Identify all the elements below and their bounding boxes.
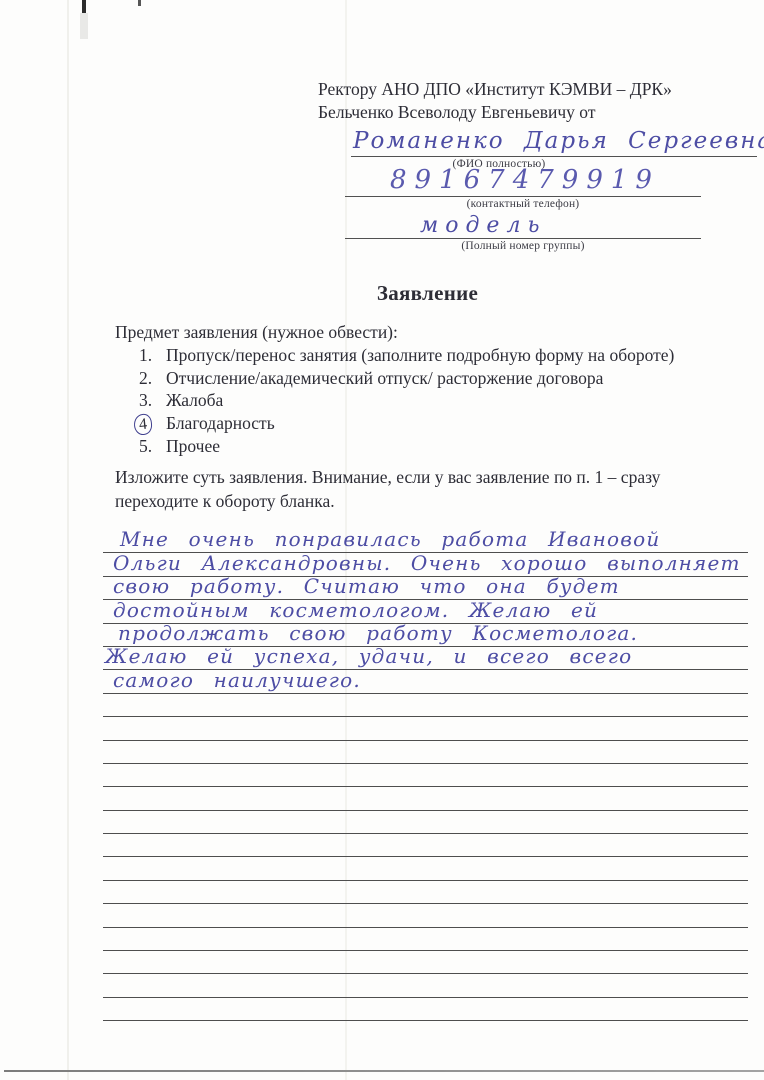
subject-item-1: 1. Пропуск/перенос занятия (заполните по… — [139, 345, 674, 368]
subject-item-5: 5. Прочее — [139, 436, 674, 459]
statement-line-empty — [103, 717, 748, 740]
item-number: 2. — [139, 368, 166, 389]
statement-line-empty — [103, 834, 748, 857]
pen-circle-mark: 4 — [133, 413, 153, 436]
item-label: Благодарность — [166, 413, 275, 434]
scan-artifact — [138, 0, 141, 6]
statement-handwriting: свою работу. Считаю что она будет — [113, 574, 620, 598]
statement-line-empty — [103, 974, 748, 997]
scan-edge-shadow — [67, 0, 69, 1080]
group-field-label: (Полный номер группы) — [345, 240, 701, 252]
statement-handwriting: Желаю ей успеха, удачи, и всего всего — [105, 644, 632, 668]
statement-handwriting: Мне очень понравилась работа Ивановой — [120, 527, 660, 551]
statement-line-empty — [103, 904, 748, 927]
statement-handwriting: Ольги Александровны. Очень хорошо выполн… — [113, 551, 741, 575]
subject-item-4-selected: 4 Благодарность — [139, 413, 674, 436]
subject-prompt: Предмет заявления (нужное обвести): — [115, 322, 398, 343]
item-label: Отчисление/академический отпуск/ расторж… — [166, 368, 603, 389]
item-number: 4 — [139, 413, 166, 435]
statement-handwriting: самого наилучшего. — [113, 668, 361, 692]
item-label: Пропуск/перенос занятия (заполните подро… — [166, 345, 674, 366]
statement-line-empty — [103, 811, 748, 834]
addressee-block: Ректору АНО ДПО «Институт КЭМВИ – ДРК» Б… — [318, 78, 672, 124]
statement-line-empty — [103, 881, 748, 904]
item-number: 5. — [139, 436, 166, 457]
subject-options-list: 1. Пропуск/перенос занятия (заполните по… — [139, 345, 674, 458]
statement-line-empty — [103, 951, 748, 974]
statement-line-empty — [103, 787, 748, 810]
statement-line-empty — [103, 741, 748, 764]
group-handwritten-value: модель — [420, 213, 546, 238]
item-number: 3. — [139, 390, 166, 411]
statement-area: Мне очень понравилась работа Ивановой Ол… — [103, 530, 748, 1021]
instruction-text: Изложите суть заявления. Внимание, если … — [115, 466, 737, 513]
application-form-page: Ректору АНО ДПО «Институт КЭМВИ – ДРК» Б… — [0, 0, 764, 1080]
item-label: Прочее — [166, 436, 220, 457]
fio-underline: Романенко Дарья Сергеевна — [351, 121, 757, 157]
phone-underline: 89167479919 — [345, 161, 701, 197]
statement-handwriting: достойным косметологом. Желаю ей — [113, 598, 598, 622]
scan-artifact — [82, 0, 86, 13]
statement-handwriting: продолжать свою работу Косметолога. — [118, 621, 638, 645]
group-underline: модель — [345, 203, 701, 239]
statement-line-empty — [103, 694, 748, 717]
item-number: 1. — [139, 345, 166, 366]
statement-line-empty — [103, 998, 748, 1021]
subject-item-3: 3. Жалоба — [139, 390, 674, 413]
statement-line-empty — [103, 928, 748, 951]
statement-line-empty — [103, 764, 748, 787]
addressee-line-1: Ректору АНО ДПО «Институт КЭМВИ – ДРК» — [318, 78, 672, 101]
statement-line: самого наилучшего. — [103, 670, 748, 693]
phone-handwritten-value: 89167479919 — [390, 165, 660, 195]
page-title: Заявление — [115, 281, 740, 306]
item-label: Жалоба — [166, 390, 223, 411]
scan-artifact — [80, 13, 88, 39]
statement-line-empty — [103, 857, 748, 880]
fio-handwritten-value: Романенко Дарья Сергеевна — [353, 128, 764, 154]
scan-bottom-edge — [4, 1070, 764, 1072]
subject-item-2: 2. Отчисление/академический отпуск/ раст… — [139, 368, 674, 391]
group-field: модель (Полный номер группы) — [345, 203, 701, 252]
